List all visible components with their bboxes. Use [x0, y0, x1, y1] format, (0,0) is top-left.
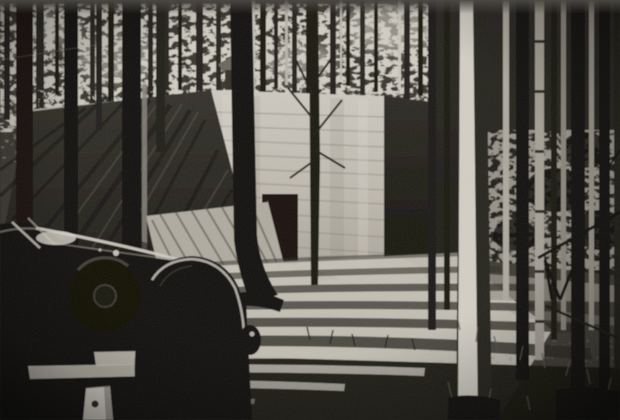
historical-photograph — [0, 0, 620, 420]
top-border-band — [0, 0, 620, 14]
vignette — [0, 0, 620, 420]
photo-canvas — [0, 0, 620, 420]
